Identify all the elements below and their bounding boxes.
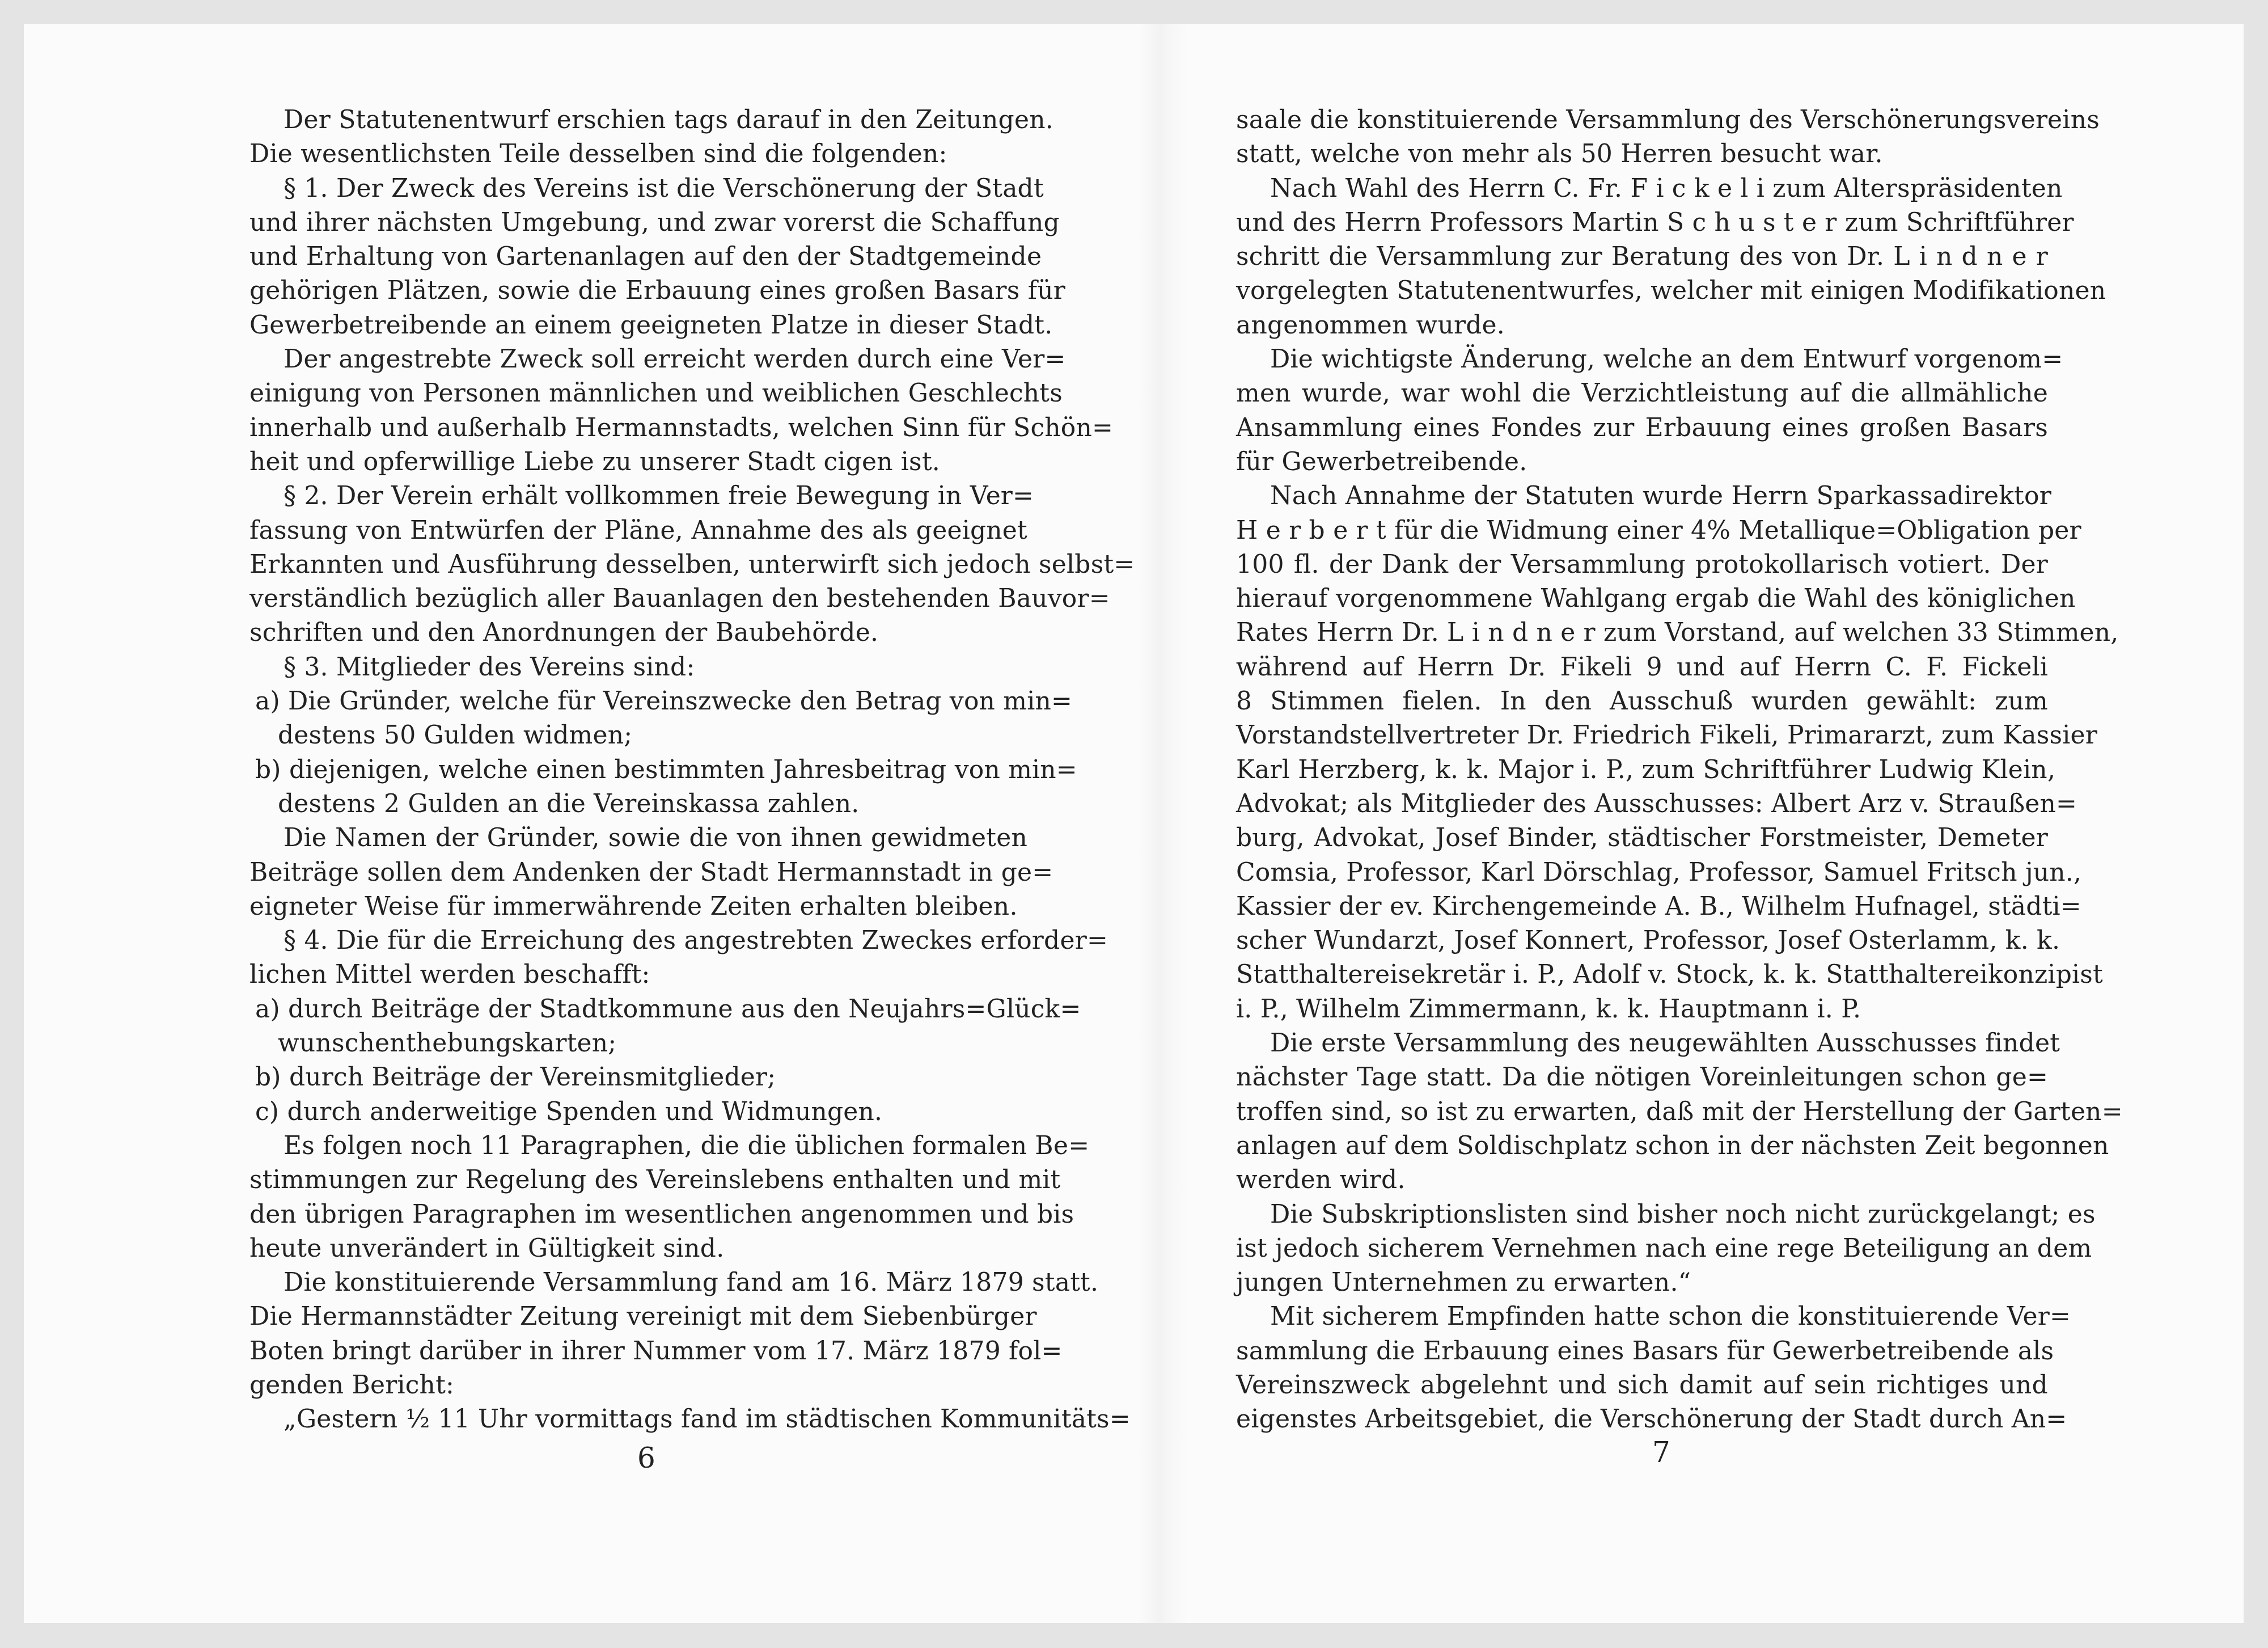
text-line: H e r b e r t für die Widmung einer 4% M… xyxy=(1236,514,2048,548)
text-line: 8 Stimmen fielen. In den Ausschuß wurden… xyxy=(1236,684,2048,719)
text-line: burg, Advokat, Josef Binder, städtischer… xyxy=(1236,821,2048,855)
text-line: für Gewerbetreibende. xyxy=(1236,445,2048,479)
text-line: Gewerbetreibende an einem geeigneten Pla… xyxy=(249,309,1027,343)
text-line: Rates Herrn Dr. L i n d n e r zum Vorsta… xyxy=(1236,616,2048,650)
text-line: und des Herrn Professors Martin S c h u … xyxy=(1236,206,2048,240)
text-line: den übrigen Paragraphen im wesentlichen … xyxy=(249,1198,1027,1232)
text-line: anlagen auf dem Soldischplatz schon in d… xyxy=(1236,1129,2048,1163)
text-line: gehörigen Plätzen, sowie die Erbauung ei… xyxy=(249,274,1027,308)
text-line: Karl Herzberg, k. k. Major i. P., zum Sc… xyxy=(1236,753,2048,787)
text-line: Beiträge sollen dem Andenken der Stadt H… xyxy=(249,856,1027,890)
text-line: § 2. Der Verein erhält vollkommen freie … xyxy=(249,479,1027,513)
text-line: Kassier der ev. Kirchengemeinde A. B., W… xyxy=(1236,890,2048,924)
text-line: jungen Unternehmen zu erwarten.“ xyxy=(1236,1266,2048,1300)
text-line: Der angestrebte Zweck soll erreicht werd… xyxy=(249,343,1027,377)
text-line: während auf Herrn Dr. Fikeli 9 und auf H… xyxy=(1236,650,2048,684)
text-line: eigneter Weise für immerwährende Zeiten … xyxy=(249,890,1027,924)
text-line: verständlich bezüglich aller Bauanlagen … xyxy=(249,582,1027,616)
left-page-number: 6 xyxy=(618,1442,675,1474)
text-line: b) diejenigen, welche einen bestimmten J… xyxy=(249,753,1027,787)
text-line: Die wichtigste Änderung, welche an dem E… xyxy=(1236,343,2048,377)
right-page-number: 7 xyxy=(1633,1436,1690,1469)
text-line: men wurde, war wohl die Verzichtleistung… xyxy=(1236,377,2048,411)
right-page-body: saale die konstituierende Versammlung de… xyxy=(1236,103,2048,1437)
text-line: werden wird. xyxy=(1236,1163,2048,1197)
text-line: Boten bringt darüber in ihrer Nummer vom… xyxy=(249,1334,1027,1368)
text-line: troffen sind, so ist zu erwarten, daß mi… xyxy=(1236,1095,2048,1129)
text-line: § 1. Der Zweck des Vereins ist die Versc… xyxy=(249,172,1027,206)
text-line: hierauf vorgenommene Wahlgang ergab die … xyxy=(1236,582,2048,616)
text-line: destens 50 Gulden widmen; xyxy=(249,719,1027,753)
text-line: eigenstes Arbeitsgebiet, die Verschöneru… xyxy=(1236,1402,2048,1436)
text-line: Statthaltereisekretär i. P., Adolf v. St… xyxy=(1236,958,2048,992)
text-line: scher Wundarzt, Josef Konnert, Professor… xyxy=(1236,924,2048,958)
text-line: lichen Mittel werden beschafft: xyxy=(249,958,1027,992)
text-line: Die wesentlichsten Teile desselben sind … xyxy=(249,137,1027,171)
text-line: Vereinszweck abgelehnt und sich damit au… xyxy=(1236,1368,2048,1402)
text-line: Vorstandstellvertreter Dr. Friedrich Fik… xyxy=(1236,719,2048,753)
text-line: Advokat; als Mitglieder des Ausschusses:… xyxy=(1236,787,2048,821)
text-line: c) durch anderweitige Spenden und Widmun… xyxy=(249,1095,1027,1129)
text-line: und ihrer nächsten Umgebung, und zwar vo… xyxy=(249,206,1027,240)
text-line: b) durch Beiträge der Vereinsmitglieder; xyxy=(249,1060,1027,1095)
text-line: genden Bericht: xyxy=(249,1368,1027,1402)
text-line: § 3. Mitglieder des Vereins sind: xyxy=(249,650,1027,684)
text-line: Erkannten und Ausführung desselben, unte… xyxy=(249,548,1027,582)
text-line: und Erhaltung von Gartenanlagen auf den … xyxy=(249,240,1027,274)
text-line: Es folgen noch 11 Paragraphen, die die ü… xyxy=(249,1129,1027,1163)
text-line: angenommen wurde. xyxy=(1236,309,2048,343)
text-line: schriften und den Anordnungen der Baubeh… xyxy=(249,616,1027,650)
text-line: ist jedoch sicherem Vernehmen nach eine … xyxy=(1236,1232,2048,1266)
text-line: sammlung die Erbauung eines Basars für G… xyxy=(1236,1334,2048,1368)
text-line: nächster Tage statt. Da die nötigen Vore… xyxy=(1236,1060,2048,1095)
text-line: Die erste Versammlung des neugewählten A… xyxy=(1236,1026,2048,1060)
text-line: heute unverändert in Gültigkeit sind. xyxy=(249,1232,1027,1266)
text-line: Die Subskriptionslisten sind bisher noch… xyxy=(1236,1198,2048,1232)
text-line: Der Statutenentwurf erschien tags darauf… xyxy=(249,103,1027,137)
text-line: schritt die Versammlung zur Beratung des… xyxy=(1236,240,2048,274)
text-line: Die konstituierende Versammlung fand am … xyxy=(249,1266,1027,1300)
text-line: vorgelegten Statutenentwurfes, welcher m… xyxy=(1236,274,2048,308)
book-gutter xyxy=(1138,24,1189,1623)
text-line: saale die konstituierende Versammlung de… xyxy=(1236,103,2048,137)
text-line: „Gestern ½ 11 Uhr vormittags fand im stä… xyxy=(249,1402,1027,1436)
text-line: stimmungen zur Regelung des Vereinsleben… xyxy=(249,1163,1027,1197)
text-line: wunschenthebungskarten; xyxy=(249,1026,1027,1060)
text-line: heit und opferwillige Liebe zu unserer S… xyxy=(249,445,1027,479)
text-line: einigung von Personen männlichen und wei… xyxy=(249,377,1027,411)
text-line: Ansammlung eines Fondes zur Erbauung ein… xyxy=(1236,411,2048,445)
text-line: a) Die Gründer, welche für Vereinszwecke… xyxy=(249,684,1027,719)
text-line: § 4. Die für die Erreichung des angestre… xyxy=(249,924,1027,958)
text-line: fassung von Entwürfen der Pläne, Annahme… xyxy=(249,514,1027,548)
text-line: Nach Wahl des Herrn C. Fr. F i c k e l i… xyxy=(1236,172,2048,206)
text-line: Die Namen der Gründer, sowie die von ihn… xyxy=(249,821,1027,855)
text-line: 100 fl. der Dank der Versammlung protoko… xyxy=(1236,548,2048,582)
book-spread: Der Statutenentwurf erschien tags darauf… xyxy=(24,24,2244,1623)
text-line: Mit sicherem Empfinden hatte schon die k… xyxy=(1236,1300,2048,1334)
left-page-body: Der Statutenentwurf erschien tags darauf… xyxy=(249,103,1027,1437)
text-line: Nach Annahme der Statuten wurde Herrn Sp… xyxy=(1236,479,2048,513)
text-line: a) durch Beiträge der Stadtkommune aus d… xyxy=(249,992,1027,1026)
text-line: i. P., Wilhelm Zimmermann, k. k. Hauptma… xyxy=(1236,992,2048,1026)
text-line: innerhalb und außerhalb Hermannstadts, w… xyxy=(249,411,1027,445)
text-line: Comsia, Professor, Karl Dörschlag, Profe… xyxy=(1236,856,2048,890)
text-line: Die Hermannstädter Zeitung vereinigt mit… xyxy=(249,1300,1027,1334)
text-line: statt, welche von mehr als 50 Herren bes… xyxy=(1236,137,2048,171)
text-line: destens 2 Gulden an die Vereinskassa zah… xyxy=(249,787,1027,821)
